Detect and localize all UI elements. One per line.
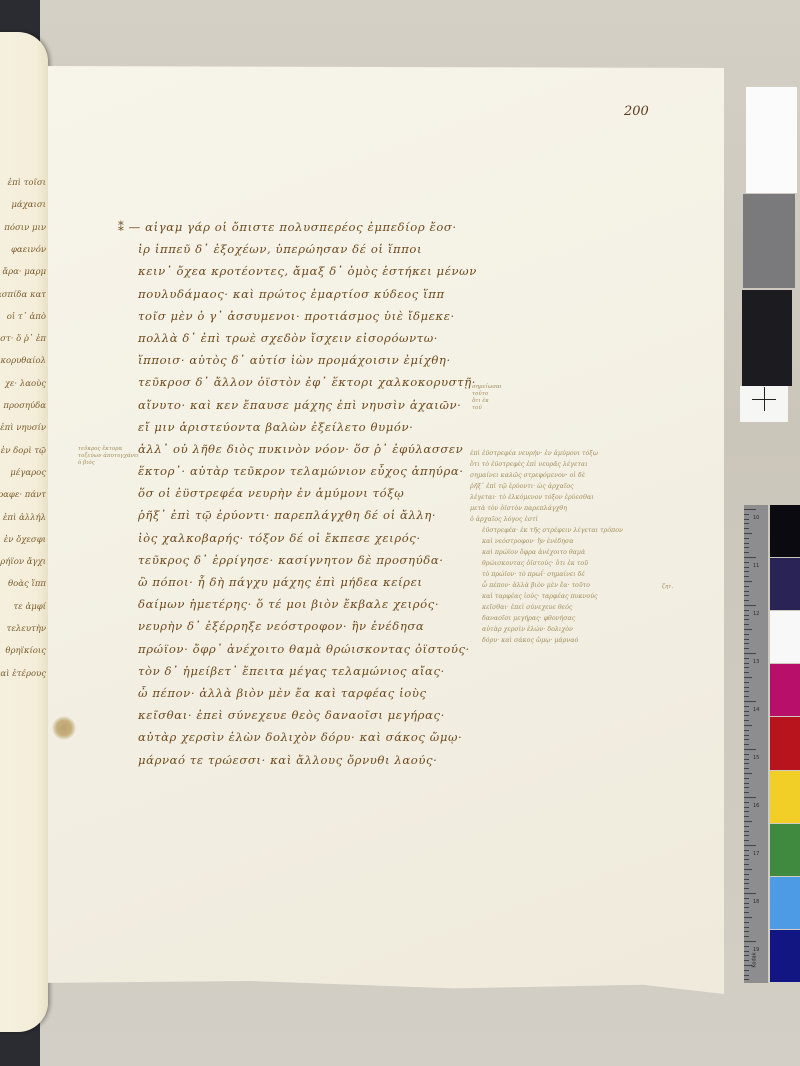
text-line: ὅσ οἱ ἐϋστρεφέα νευρὴν ἐν ἀμύμονι τόξῳ [118,486,468,508]
facing-text-line: ἀρήϊον ἄγχι [0,557,46,567]
gloss-line: ὁ ἀρχαῖος λόγος ἐστὶ [470,516,640,527]
ruler-tick [744,547,749,548]
ruler-tick [744,754,749,755]
ruler-tick [744,946,749,947]
text-line: ἀλλ᾽ οὐ λῆθε διὸς πυκινὸν νόον· ὅσ ῥ᾽ ἐφ… [118,442,468,464]
ruler-label: 13 [753,659,759,665]
ruler-tick [744,941,756,942]
marginal-note-line: σημείωσαι [472,384,502,391]
ruler-tick [744,855,749,856]
text-line: τὸν δ᾽ ἠμείβετ᾽ ἔπειτα μέγας τελαμώνιος … [118,664,468,686]
ruler-tick [744,576,749,577]
facing-text-line: ἐπὶ τοῖσι [8,178,46,188]
text-line: πρώϊον· ὄφρ᾽ ἀνέχοιτο θαμὰ θρώισκοντας ὀ… [118,642,468,664]
gloss-line: μετὰ τὸν ὀϊστὸν παρεπλάγχθη [470,505,640,516]
gloss-line: καὶ ταρφέας ἰούς· ταρφέας πυκνούς [470,593,640,604]
ruler-tick [744,869,752,870]
text-line: κειν᾽ ὄχεα κροτέοντες, ἄμαξ δ᾽ ὁμὸς ἑστή… [118,264,468,286]
ruler-tick [744,797,756,798]
color-swatch [770,505,800,557]
gloss-line: ὅτι τὸ ἐϋστρεφὲς ἐπὶ νευρᾶς λέγεται [470,461,640,472]
facing-text-line: ἐπὶ ἀλλήλ [3,513,46,523]
ruler-tick [744,864,749,865]
ruler-tick [744,898,749,899]
text-line: ⁑ — αἰγαμ γάρ οἱ ὄπιστε πολυσπερέος ἐμπε… [118,220,468,242]
facing-text-line: οἱ τ᾽ ἀπὸ [7,312,46,322]
greyscale-target [740,87,797,427]
color-target: 10111213141516171819Kodak [744,505,800,983]
ruler-tick [744,581,752,582]
ruler-tick [744,557,756,558]
ruler-tick [744,888,749,889]
ruler-label: 15 [753,755,759,761]
ruler-tick [744,634,749,635]
ruler-tick [744,840,749,841]
ruler-tick [744,802,749,803]
text-line: κεῖσθαι· ἐπεὶ σύνεχευε θεὸς δαναοῖσι μεγ… [118,708,468,730]
text-line: πολλὰ δ᾽ ἐπὶ τρωὲ σχεδὸν ἴσχειν εἰσορόων… [118,331,468,353]
gloss-line: τὸ πρώϊον· τὸ πρωΐ· σημαίνει δέ [470,571,640,582]
ruler-tick [744,850,749,851]
marginal-note-line: τοῦτο [472,391,502,398]
text-line: ὢ πόποι· ἦ δὴ πάγχυ μάχης ἐπὶ μήδεα κείρ… [118,575,468,597]
marginal-note-line: ὁ βιὸς [78,460,139,467]
ruler-tick [744,816,749,817]
ruler-tick [744,979,749,980]
marginal-note-line: τεῦκρος ἔκτορα [78,446,139,453]
facing-text-line: προσηύδα [3,401,46,411]
gloss-line: ὦ πέπον· ἀλλὰ βιὸν μὲν ἔα· τοῦτο [470,582,640,593]
ruler-tick [744,730,749,731]
gloss-line: ῥῆξ᾽ ἐπὶ τῷ ἐρύοντι· ὡς ἀρχαῖος [470,483,640,494]
facing-text-line: στ· ὅ ῥ᾽ ἐπ [0,334,46,344]
text-line: τεῦκρος δ᾽ ἐρρίγησε· κασίγνητον δὲ προση… [118,553,468,575]
facing-text-line: ἐν ὄχεσφι [4,535,46,545]
facing-text-line: κορυθαίολ [0,356,46,366]
text-line: ῥῆξ᾽ ἐπὶ τῷ ἐρύοντι· παρεπλάγχθη δέ οἱ ἄ… [118,508,468,530]
gloss-line: καὶ πρώϊον ὄφρα ἀνέχοιτο θαμὰ [470,549,640,560]
ruler-label: 10 [753,515,759,521]
ruler-tick [744,629,752,630]
ruler-tick [744,533,752,534]
ruler-tick [744,663,749,664]
gloss-line: θρώισκοντας ὀϊστούς· ὅτι ἐκ τοῦ [470,560,640,571]
facing-text-line: ἀσπίδα κατ [0,290,46,300]
ruler-tick [744,552,749,553]
facing-page: ἐπὶ τοῖσιμάχαισιπόσιν μινφαεινόνἄρα· μαρ… [0,32,48,1032]
ruler-tick [744,658,749,659]
ruler-tick [744,538,749,539]
facing-text-line: θρηϊκίοις [5,646,46,656]
ruler-tick [744,528,749,529]
ruler-tick [744,826,749,827]
ruler-tick [744,595,749,596]
ruler-tick [744,600,749,601]
marginal-note-line: τοῦ [472,405,502,412]
ruler-tick [744,936,749,937]
ruler: 10111213141516171819Kodak [744,505,768,983]
facing-text-line: μάχαισι [11,200,46,210]
main-text-block: ⁑ — αἰγαμ γάρ οἱ ὄπιστε πολυσπερέος ἐμπε… [118,220,468,775]
ruler-tick [744,927,749,928]
facing-text-line: φαεινόν [11,245,46,255]
ruler-tick [744,792,749,793]
ruler-tick [744,845,756,846]
text-line: δαίμων ἡμετέρης· ὅ τέ μοι βιὸν ἔκβαλε χε… [118,597,468,619]
text-line: τεῦκροσ δ᾽ ἄλλον ὀϊστὸν ἐφ᾽ ἕκτορι χαλκο… [118,375,468,397]
facing-text-line: μέγαρος [10,468,46,478]
color-swatch [770,558,800,610]
gloss-line: δαναοῖσι μεγήρας· φθονήσας [470,615,640,626]
gloss-line: σημαίνει καλῶς στρεφόμενον· οἱ δὲ [470,472,640,483]
ruler-tick [744,787,749,788]
ruler-tick [744,773,752,774]
ruler-tick [744,605,756,606]
ruler-tick [744,610,749,611]
ruler-tick [744,653,756,654]
ruler-tick [744,720,749,721]
facing-text-line: ἄρα· μαρμ [2,267,46,277]
ruler-tick [744,691,749,692]
ruler-label: 17 [753,851,759,857]
ruler-tick [744,615,749,616]
facing-text-line: πόσιν μιν [4,223,46,233]
ruler-tick [744,711,749,712]
ruler-tick [744,831,749,832]
ruler-tick [744,543,749,544]
ruler-tick [744,514,749,515]
marginal-note-line: ὅτι ἐκ [472,398,502,405]
gloss-line: ἐϋστρεφέα· ἐκ τῆς στρέφειν λέγεται τρόπο… [470,527,640,538]
ruler-tick [744,807,749,808]
ruler-label: 11 [753,563,759,569]
facing-text-line: τραφε· πάντ [0,490,46,500]
marginal-note-line: ζητ. [662,584,673,591]
gloss-line: καὶ νεόστροφον· ἣν ἐνέδησα [470,538,640,549]
ruler-tick [744,519,749,520]
gloss-line: αὐτὰρ χερσὶν ἑλών· δολιχὸν [470,626,640,637]
ruler-tick [744,922,749,923]
ruler-tick [744,879,749,880]
white-patch [746,87,797,193]
ruler-tick [744,970,749,971]
facing-text-line: καὶ ἑτέρους [0,669,46,679]
ruler-tick [744,509,756,510]
gloss-line: λέγεται· τὸ ἐλκόμενον τόξον ἐρύεσθαι [470,494,640,505]
facing-text-line: τελευτὴν [7,624,46,634]
text-line: τοῖσ μὲν ὁ γ᾽ ἀσσυμενοι· προτιάσμος ὑιὲ … [118,309,468,331]
ruler-tick [744,759,749,760]
ruler-tick [744,907,749,908]
text-line: αὐτὰρ χερσὶν ἑλὼν δολιχὸν δόρυ· καὶ σάκο… [118,730,468,752]
text-line: νευρὴν δ᾽ ἐξέρρηξε νεόστροφον· ἣν ἐνέδησ… [118,619,468,641]
black-patch [742,290,792,386]
ruler-tick [744,725,752,726]
text-line: μάρναό τε τρώεσσι· καὶ ἄλλους ὄρνυθι λαο… [118,753,468,775]
ruler-tick [744,562,749,563]
marginal-note: τεῦκρος ἔκτορατοξεύων ἀποτυγχάνειὁ βιὸς [78,446,139,467]
ruler-tick [744,706,749,707]
ruler-tick [744,715,749,716]
gloss-line: ἐπὶ ἐϋστρεφέα νευρήν· ἐν ἀμύμονι τόξῳ [470,450,640,461]
color-swatch [770,771,800,823]
marginal-note-line: τοξεύων ἀποτυγχάνει [78,453,139,460]
ruler-tick [744,821,752,822]
facing-text-line: τε ἀμφί [13,602,46,612]
ruler-tick [744,677,752,678]
ruler-tick [744,749,756,750]
ruler-tick [744,571,749,572]
ruler-tick [744,643,749,644]
ruler-tick [744,883,749,884]
ruler-tick [744,672,749,673]
ruler-label: 14 [753,707,759,713]
ruler-tick [744,696,749,697]
color-swatch [770,877,800,929]
ruler-tick [744,523,749,524]
stain-mark [52,716,76,740]
ruler-vendor-label: Kodak [752,952,758,967]
ruler-tick [744,682,749,683]
text-line: ἱρ ἱππεῦ δ᾽ ἐξοχέων, ὑπερώησαν δέ οἱ ἵππ… [118,242,468,264]
facing-text-line: ἐπὶ νηυσίν [0,423,46,433]
ruler-tick [744,811,749,812]
facing-text-line: χε· λαοὺς [5,379,46,389]
color-swatch [770,717,800,769]
ruler-tick [744,893,756,894]
text-line: ὦ πέπον· ἀλλὰ βιὸν μὲν ἔα καὶ ταρφέας ἰο… [118,686,468,708]
ruler-tick [744,859,749,860]
ruler-label: 12 [753,611,759,617]
marginal-commentary: ἐπὶ ἐϋστρεφέα νευρήν· ἐν ἀμύμονι τόξῳὅτι… [470,450,640,648]
ruler-tick [744,783,749,784]
ruler-tick [744,567,749,568]
facing-text-line: ἐν δορὶ τῷ [1,446,46,456]
ruler-tick [744,687,749,688]
ruler-label: 18 [753,899,759,905]
ruler-tick [744,951,749,952]
marginal-note: ζητ. [662,584,673,591]
ruler-tick [744,955,749,956]
folio-number: 200 [624,104,649,119]
text-line: ἰὸς χαλκοβαρής· τόξον δέ οἱ ἔκπεσε χειρό… [118,531,468,553]
ruler-tick [744,739,749,740]
text-line: εἴ μιν ἀριστεύοντα βαλὼν ἐξείλετο θυμόν· [118,420,468,442]
crosshair-icon-vertical [764,387,765,411]
color-swatch [770,664,800,716]
ruler-tick [744,778,749,779]
ruler-tick [744,960,749,961]
marginal-note: σημείωσαιτοῦτοὅτι ἐκτοῦ [472,384,502,412]
text-line: ἕκτορ᾽· αὐτὰρ τεῦκρον τελαμώνιον εὖχος ἀ… [118,464,468,486]
text-line: ἵπποισ· αὐτὸς δ᾽ αὐτίσ ἰὼν προμάχοισιν ἐ… [118,353,468,375]
color-swatch [770,930,800,982]
ruler-tick [744,667,749,668]
facing-text-line: θοὰς ἵππ [8,579,46,589]
text-line: αἴνυτο· καὶ κεν ἔπαυσε μάχης ἐπὶ νηυσὶν … [118,398,468,420]
ruler-tick [744,735,749,736]
ruler-tick [744,931,749,932]
ruler-tick [744,835,749,836]
ruler-tick [744,874,749,875]
ruler-tick [744,763,749,764]
ruler-label: 16 [753,803,759,809]
ruler-tick [744,639,749,640]
ruler-tick [744,912,749,913]
text-line: πουλυδάμαος· καὶ πρώτος ἐμαρτίοσ κύδεος … [118,287,468,309]
ruler-tick [744,975,749,976]
ruler-tick [744,744,749,745]
ruler-tick [744,624,749,625]
color-swatch [770,824,800,876]
ruler-tick [744,903,749,904]
ruler-tick [744,586,749,587]
ruler-tick [744,648,749,649]
gloss-line: δόρυ· καὶ σάκος ὤμῳ· μάρναό [470,637,640,648]
color-swatch [770,611,800,663]
ruler-tick [744,917,752,918]
gloss-line: κεῖσθαι· ἐπεὶ σύνεχευε θεός [470,604,640,615]
ruler-tick [744,701,756,702]
grey-patch [743,194,795,288]
ruler-tick [744,591,749,592]
ruler-tick [744,619,749,620]
ruler-tick [744,768,749,769]
